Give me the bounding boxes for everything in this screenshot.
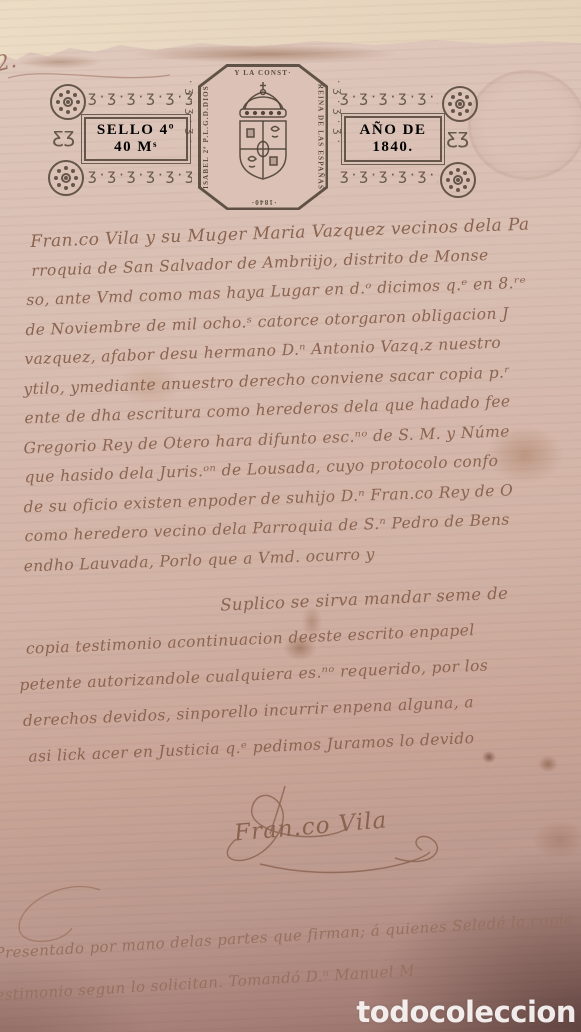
rosette-icon (440, 162, 476, 198)
petition-paragraph: Fran.co Vila y su Muger Maria Vazquez ve… (30, 215, 542, 586)
photographed-document: 2. ʒʒ ʒ·ʒ·ʒ·ʒ·ʒ·ʒ·ʒ·ʒ ʒ·ʒ·ʒ·ʒ·ʒ·ʒ·ʒ·ʒ SE… (0, 0, 581, 1032)
scroll-glyph: ʒ (52, 125, 64, 145)
signature-block: Fran.co Vila (190, 768, 460, 878)
sello-class-label: SELLO 4º (97, 122, 175, 139)
scroll-glyph: ʒ (446, 126, 458, 146)
seal-legend-top: Y LA CONST· (201, 69, 326, 77)
ornament-row: ʒ·ʒ·ʒ·ʒ·ʒ·ʒ·ʒ·ʒ (340, 88, 438, 112)
scroll-glyph: ʒ (64, 125, 76, 145)
embossed-dry-seal (468, 70, 581, 180)
sello-class-box: SELLO 4º 40 Mˢ (84, 117, 188, 161)
year-value: 1840. (372, 139, 413, 156)
royal-seal-face: Y LA CONST· REINA DE LAS ESPAÑAS ·1840· … (201, 67, 326, 208)
todocoleccion-watermark: todocoleccion (356, 995, 576, 1029)
royal-seal-octagon: Y LA CONST· REINA DE LAS ESPAÑAS ·1840· … (198, 64, 328, 210)
ornament-row: ʒ·ʒ·ʒ·ʒ·ʒ·ʒ·ʒ·ʒ (340, 166, 438, 190)
ornament-row: ʒ·ʒ·ʒ·ʒ·ʒ·ʒ·ʒ·ʒ (88, 166, 192, 190)
seal-legend-bottom: ·1840· (201, 198, 326, 206)
scroll-ornament-icon: ʒʒ (446, 126, 469, 146)
ornament-column: ·ʒ·ʒ·ʒ· (184, 80, 197, 198)
sello-price-label: 40 Mˢ (114, 139, 158, 156)
suplico-paragraph: Suplico se sirva mandar seme de copia te… (20, 584, 496, 783)
seal-legend-left: ISABEL 2ª P.L.G.D.DIOS (202, 85, 210, 189)
year-box: AÑO DE 1840. (344, 116, 442, 162)
rosette-icon (442, 86, 478, 122)
rosette-icon (50, 84, 86, 120)
royal-coat-of-arms-icon (228, 79, 298, 191)
seal-legend-right: REINA DE LAS ESPAÑAS (317, 84, 325, 190)
rosette-icon (48, 160, 84, 196)
year-label: AÑO DE (360, 122, 427, 139)
ornament-row: ʒ·ʒ·ʒ·ʒ·ʒ·ʒ·ʒ·ʒ (88, 88, 192, 112)
scroll-ornament-icon: ʒʒ (52, 125, 75, 145)
scroll-glyph: ʒ (458, 126, 470, 146)
